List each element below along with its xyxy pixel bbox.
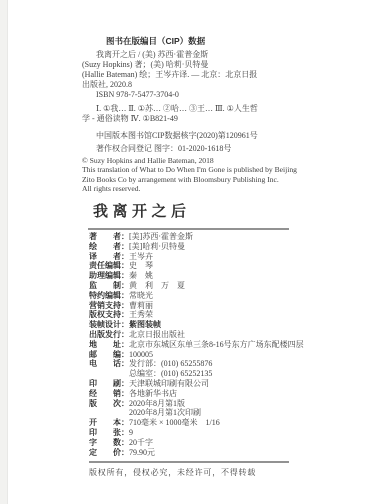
detail-label: 装帧设计：: [89, 320, 129, 330]
cip-block: 图书在版编目（CIP）数据 我离开之后 / (美) 苏西·霍普金斯 (Suzy …: [82, 36, 332, 141]
detail-label: 助理编辑：: [89, 271, 129, 281]
english-copyright-line: © Suzy Hopkins and Hallie Bateman, 2018: [82, 156, 297, 165]
detail-value: [美]苏西·霍普金斯: [129, 232, 193, 241]
english-copyright-line: Zito Books Co by arrangement with Blooms…: [82, 175, 297, 184]
detail-row: 营销支持：曹莉丽: [89, 301, 349, 311]
detail-row: 译 者：王岑卉: [89, 252, 349, 262]
detail-value: 710毫米 × 1000毫米 1/16: [129, 418, 220, 427]
detail-row: 特约编辑：常晓光: [89, 291, 349, 301]
detail-label: 印 张：: [89, 428, 129, 438]
detail-label: 印 刷：: [89, 379, 129, 389]
detail-value: 紫图装帧: [129, 320, 161, 329]
detail-value: [美]哈莉·贝特曼: [129, 242, 185, 251]
detail-label: 著 者：: [89, 232, 129, 242]
english-copyright-line: All rights reserved.: [82, 184, 297, 193]
detail-value: 常晓光: [129, 291, 153, 300]
detail-row: 字 数：20千字: [89, 438, 349, 448]
cip-classification-group: Ⅰ. ①我… Ⅱ. ①苏… ②哈… ③王… Ⅲ. ①人生哲 学 - 通俗读物 Ⅳ…: [82, 104, 332, 124]
detail-value: 王秀荣: [129, 310, 153, 319]
cip-classification-line: 学 - 通俗读物 Ⅳ. ①B821-49: [82, 114, 332, 124]
detail-label: 字 数：: [89, 438, 129, 448]
detail-row: 邮 编：100005: [89, 350, 349, 360]
book-title: 我离开之后: [93, 201, 289, 222]
detail-row: 责任编辑：史 琴: [89, 261, 349, 271]
page-edge: [0, 0, 8, 504]
detail-row: 助理编辑：秦 姚: [89, 271, 349, 281]
detail-label: 地 址：: [89, 340, 129, 350]
detail-row: 开 本：710毫米 × 1000毫米 1/16: [89, 418, 349, 428]
detail-value: 9: [129, 428, 133, 437]
cip-record-line: (Suzy Hopkins) 著；(美) 哈莉·贝特曼: [82, 60, 332, 70]
detail-label: 开 本：: [89, 418, 129, 428]
detail-value: 秦 姚: [129, 271, 153, 280]
detail-row: 版 次：2020年8月第1版: [89, 399, 349, 409]
detail-row: 2020年8月第1次印刷: [89, 408, 349, 418]
copyright-registration: 著作权合同登记 图字：01-2020-1618号: [82, 143, 231, 154]
detail-row: 绘 者：[美]哈莉·贝特曼: [89, 242, 349, 252]
title-section: 我离开之后: [88, 201, 289, 230]
publication-details: 著 者：[美]苏西·霍普金斯 绘 者：[美]哈莉·贝特曼 译 者：王岑卉 责任编…: [89, 232, 349, 478]
detail-row: 印 张：9: [89, 428, 349, 438]
title-divider: [88, 228, 289, 230]
book-copyright-page: 图书在版编目（CIP）数据 我离开之后 / (美) 苏西·霍普金斯 (Suzy …: [0, 0, 375, 504]
detail-row: 经 销：各地新华书店: [89, 389, 349, 399]
detail-label: 版权支持：: [89, 310, 129, 320]
detail-label: 监 制：: [89, 281, 129, 291]
cip-record-line: 出版社, 2020.8: [82, 80, 332, 90]
detail-value: 北京市东城区东单三条8-16号东方广场东配楼四层: [129, 340, 304, 349]
detail-value: 曹莉丽: [129, 301, 153, 310]
detail-row: 著 者：[美]苏西·霍普金斯: [89, 232, 349, 242]
detail-label: 邮 编：: [89, 350, 129, 360]
detail-label: 定 价：: [89, 448, 129, 458]
detail-row: 监 制：黄 利 万 夏: [89, 281, 349, 291]
detail-label: 出版发行：: [89, 330, 129, 340]
cip-record-line: 我离开之后 / (美) 苏西·霍普金斯: [82, 50, 332, 60]
detail-label: 译 者：: [89, 252, 129, 262]
detail-value: 史 琴: [129, 261, 153, 270]
detail-row: 装帧设计：紫图装帧: [89, 320, 349, 330]
english-copyright-block: © Suzy Hopkins and Hallie Bateman, 2018 …: [82, 156, 297, 194]
detail-row: 总编室：(010) 65252135: [89, 369, 349, 379]
cip-record-line: (Hallie Bateman) 绘；王岑卉译. — 北京：北京日报: [82, 70, 332, 80]
cip-heading: 图书在版编目（CIP）数据: [82, 36, 332, 46]
cip-isbn-line: ISBN 978-7-5477-3704-0: [82, 90, 332, 100]
detail-value: 北京日报出版社: [129, 330, 185, 339]
english-copyright-line: This translation of What to Do When I'm …: [82, 165, 297, 174]
detail-row: 出版发行：北京日报出版社: [89, 330, 349, 340]
detail-label: 绘 者：: [89, 242, 129, 252]
bottom-divider: [89, 461, 289, 463]
detail-value: 发行部：(010) 65255876: [129, 359, 212, 368]
detail-value: 各地新华书店: [129, 389, 177, 398]
detail-value: 黄 利 万 夏: [129, 281, 185, 290]
detail-value: 79.90元: [129, 448, 155, 457]
detail-value: 100005: [129, 350, 153, 359]
cip-classification-line: Ⅰ. ①我… Ⅱ. ①苏… ②哈… ③王… Ⅲ. ①人生哲: [82, 104, 332, 114]
detail-value: 天津联城印刷有限公司: [129, 379, 209, 388]
detail-row: 版权支持：王秀荣: [89, 310, 349, 320]
detail-label: 责任编辑：: [89, 261, 129, 271]
detail-value: 总编室：(010) 65252135: [129, 369, 212, 378]
detail-row: 电 话：发行部：(010) 65255876: [89, 359, 349, 369]
detail-label: 营销支持：: [89, 301, 129, 311]
detail-label: 电 话：: [89, 359, 129, 369]
detail-label: 特约编辑：: [89, 291, 129, 301]
detail-row: 定 价：79.90元: [89, 448, 349, 458]
cip-number: 中国版本图书馆CIP数据核字(2020)第120961号: [82, 131, 332, 141]
detail-row: 地 址：北京市东城区东单三条8-16号东方广场东配楼四层: [89, 340, 349, 350]
detail-label: 经 销：: [89, 389, 129, 399]
detail-label: 版 次：: [89, 399, 129, 409]
detail-value: 王岑卉: [129, 252, 153, 261]
detail-value: 20千字: [129, 438, 153, 447]
copyright-notice: 版权所有，侵权必究，未经许可，不得转载: [89, 468, 349, 478]
detail-value: 2020年8月第1次印刷: [129, 408, 201, 417]
detail-value: 2020年8月第1版: [129, 399, 185, 408]
detail-row: 印 刷：天津联城印刷有限公司: [89, 379, 349, 389]
